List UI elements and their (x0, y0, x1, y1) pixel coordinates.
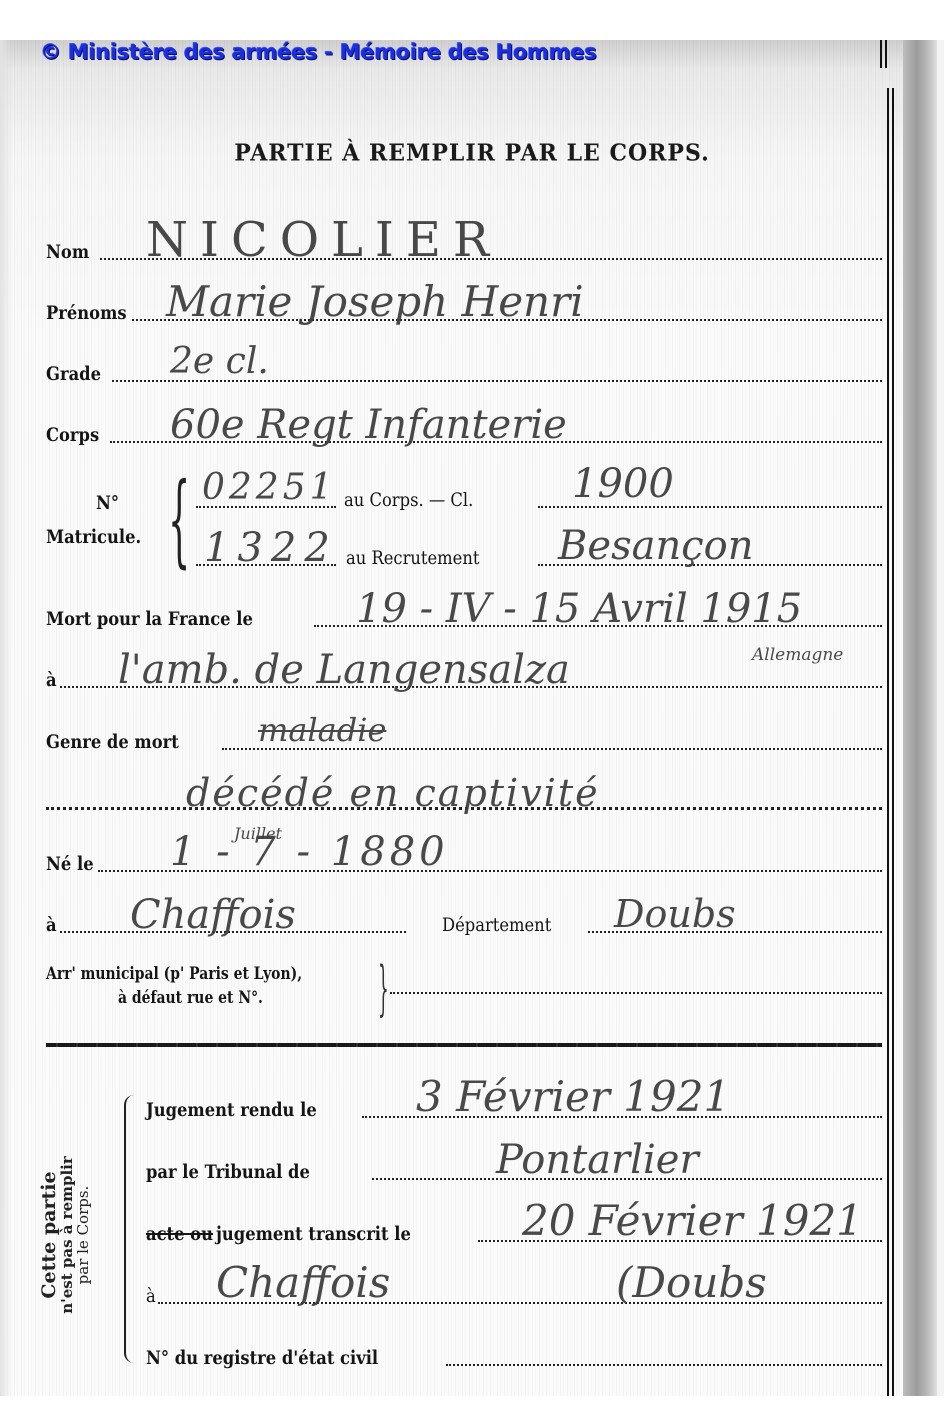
handwritten-transcription-lieu: Chaffois (216, 1262, 390, 1304)
field-genre-de-mort: Genre de mort maladie (46, 712, 882, 752)
handwritten-prenoms: Marie Joseph Henri (166, 281, 584, 323)
field-label: Corps (46, 426, 99, 445)
handwritten-classe: 1900 (572, 464, 674, 504)
field-label: à (146, 1287, 156, 1306)
handwritten-date-naissance: 1 - 7 - 1880 (170, 832, 449, 872)
field-registre: N° du registre d'état civil (146, 1328, 882, 1368)
departement-label: Département (442, 916, 551, 935)
form-title: PARTIE À REMPLIR PAR LE CORPS. (0, 139, 944, 167)
field-label: Nom (46, 243, 89, 262)
field-label: N° du registre d'état civil (146, 1349, 378, 1368)
field-label: Jugement rendu le (146, 1101, 317, 1120)
handwritten-pays: Allemagne (752, 647, 843, 664)
page-edge-shadow (903, 40, 937, 1396)
handwritten-date-deces: 19 - IV - 15 Avril 1915 (356, 589, 802, 629)
handwritten-corps: 60e Regt Infanterie (170, 405, 567, 445)
handwritten-jugement-date: 3 Février 1921 (416, 1076, 730, 1118)
border-line (887, 88, 889, 1396)
handwritten-lieu-naissance: Chaffois (130, 895, 296, 935)
side-note-cette-partie: Cette partie n'est pas à remplir par le … (40, 1125, 91, 1345)
civil-section-brace (124, 1095, 136, 1363)
matricule-corps-line: 02251 au Corps. — Cl. 1900 (196, 470, 882, 510)
border-line-outer (880, 40, 882, 68)
field-prenoms: Prénoms Marie Joseph Henri (46, 283, 882, 323)
struck-label: acte ou (146, 1225, 213, 1244)
dotted-line (446, 1364, 882, 1366)
field-ne-le: Né le 1 - 7 - 1880 Juillet (46, 834, 882, 874)
handwritten-mois: Juillet (234, 826, 282, 842)
au-recrutement-label: au Recrutement (346, 549, 479, 568)
border-line (892, 88, 894, 1396)
arrondissement-line (390, 956, 882, 996)
field-label: Prénoms (46, 304, 127, 323)
handwritten-recrutement-number: 1322 (204, 528, 338, 568)
field-mort-le: Mort pour la France le 19 - IV - 15 Avri… (46, 589, 882, 629)
field-mort-a: à l'amb. de Langensalza Allemagne (46, 650, 882, 690)
field-label: jugement transcrit le (216, 1225, 411, 1244)
field-label: Mort pour la France le (46, 610, 253, 629)
field-transcrit-a: à Chaffois (Doubs (146, 1266, 882, 1306)
field-nom: Nom NICOLIER (46, 222, 882, 262)
field-grade: Grade 2e cl. (46, 344, 882, 384)
field-tribunal: par le Tribunal de Pontarlier (146, 1142, 882, 1182)
dotted-line (390, 992, 882, 994)
side-note-line: Cette partie (40, 1125, 60, 1345)
field-label: Genre de mort (46, 733, 179, 752)
field-transcrit: acte ou jugement transcrit le 20 Février… (146, 1204, 882, 1244)
handwritten-nom: NICOLIER (146, 216, 501, 264)
handwritten-departement: Doubs (614, 895, 736, 933)
brace: } (378, 960, 389, 1019)
field-ne-a: à Chaffois Département Doubs (46, 895, 882, 935)
field-corps: Corps 60e Regt Infanterie (46, 405, 882, 445)
side-note-line: par le Corps. (76, 1125, 92, 1345)
handwritten-genre-de-mort: décédé en captivité (186, 774, 600, 812)
field-jugement-rendu: Jugement rendu le 3 Février 1921 (146, 1080, 882, 1120)
handwritten-grade: 2e cl. (170, 344, 269, 380)
brace: { (168, 470, 190, 570)
field-label: par le Tribunal de (146, 1163, 310, 1182)
section-divider (46, 1043, 882, 1047)
handwritten-corps-number: 02251 (202, 470, 337, 506)
handwritten-tribunal: Pontarlier (496, 1140, 699, 1180)
handwritten-transcription-date: 20 Février 1921 (522, 1200, 863, 1242)
handwritten-transcription-dept: (Doubs (616, 1262, 767, 1304)
field-label: Grade (46, 365, 101, 384)
field-label: Né le (46, 855, 94, 874)
page-margin (937, 40, 944, 1396)
matricule-recrutement-line: 1322 au Recrutement Besançon (196, 528, 882, 568)
field-genre-de-mort-cont: décédé en captivité (46, 772, 882, 812)
border-line-outer (885, 40, 887, 68)
au-corps-label: au Corps. — Cl. (344, 491, 473, 510)
field-label: à (46, 671, 57, 690)
field-label: à (46, 916, 57, 935)
handwritten-struck-maladie: maladie (258, 714, 386, 746)
handwritten-recrutement: Besançon (558, 526, 753, 566)
copyright-watermark: © Ministère des armées - Mémoire des Hom… (40, 40, 596, 64)
handwritten-lieu-deces: l'amb. de Langensalza (118, 650, 570, 690)
